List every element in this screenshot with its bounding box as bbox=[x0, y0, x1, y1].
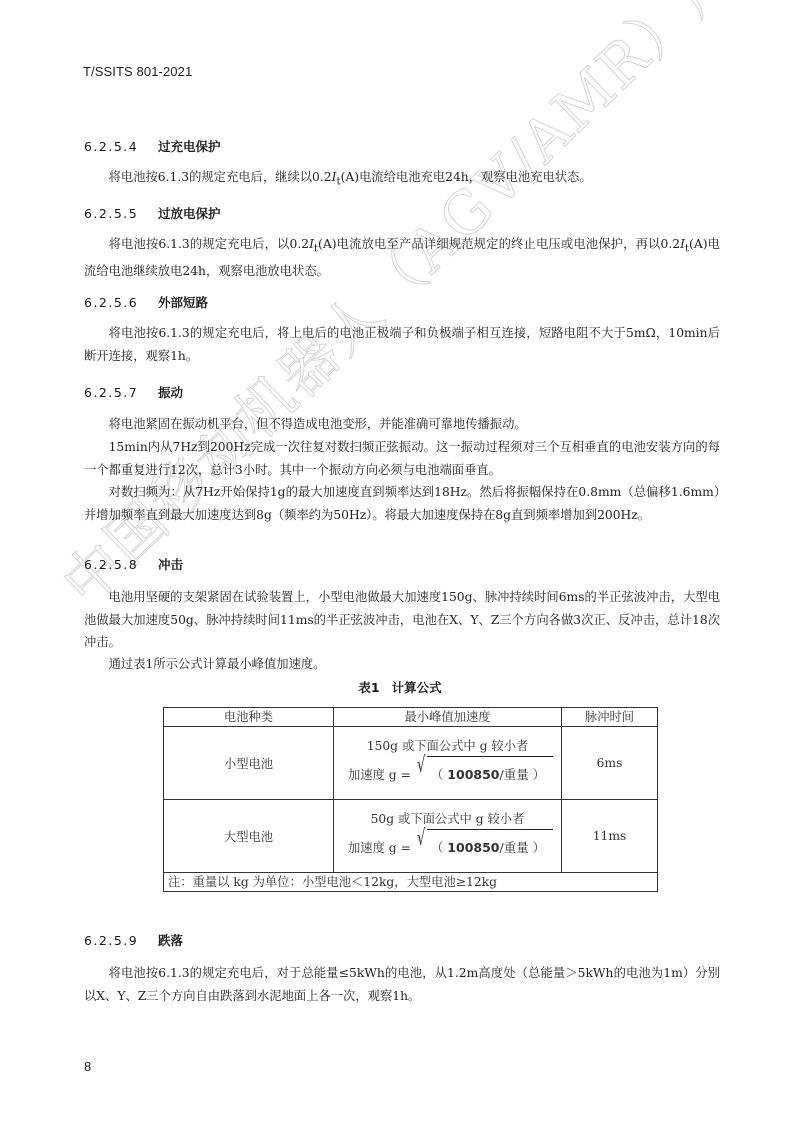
paragraph-shock-1: 电池用坚硬的支架紧固在试验装置上，小型电池做最大加速度150g、脉冲持续时间6m… bbox=[84, 586, 720, 654]
radicand-number: 100850 bbox=[447, 767, 499, 782]
section-number: 6.2.5.4 bbox=[84, 139, 158, 154]
paren: （ bbox=[431, 840, 447, 855]
section-heading-6-2-5-6: 6.2.5.6外部短路 bbox=[84, 293, 208, 311]
paragraph-vibration-1: 将电池紧固在振动机平台，但不得造成电池变形，并能准确可靠地传播振动。 bbox=[84, 413, 720, 436]
radical-bar bbox=[427, 829, 553, 830]
section-heading-6-2-5-5: 6.2.5.5过放电保护 bbox=[84, 204, 221, 222]
table-row: 小型电池 150g 或下面公式中 g 较小者 加速度 g = √ （ 10085… bbox=[164, 727, 658, 800]
battery-type-cell: 大型电池 bbox=[164, 800, 334, 873]
table-header-cell: 脉冲时间 bbox=[562, 708, 658, 727]
section-number: 6.2.5.5 bbox=[84, 206, 158, 221]
battery-type-cell: 小型电池 bbox=[164, 727, 334, 800]
section-heading-6-2-5-4: 6.2.5.4过充电保护 bbox=[84, 137, 221, 155]
section-heading-6-2-5-9: 6.2.5.9跌落 bbox=[84, 931, 183, 949]
table-header-row: 电池种类 最小峰值加速度 脉冲时间 bbox=[164, 708, 658, 727]
paragraph-vibration-2: 15min内从7Hz到200Hz完成一次往复对数扫频正弦振动。这一振动过程须对三… bbox=[84, 436, 720, 481]
pulse-time-cell: 6ms bbox=[562, 727, 658, 800]
text-run: 将电池按6.1.3的规定充电后，继续以0.2 bbox=[109, 170, 332, 184]
paragraph-shock-2: 通过表1所示公式计算最小峰值加速度。 bbox=[84, 653, 720, 676]
section-title: 跌落 bbox=[158, 933, 183, 948]
section-title: 冲击 bbox=[158, 557, 183, 572]
pulse-time-cell: 11ms bbox=[562, 800, 658, 873]
section-heading-6-2-5-8: 6.2.5.8冲击 bbox=[84, 555, 183, 573]
table-note-row: 注：重量以 kg 为单位：小型电池＜12kg，大型电池≥12kg bbox=[164, 873, 658, 892]
standard-code-header: T/SSITS 801-2021 bbox=[83, 64, 192, 79]
paragraph-short-circuit: 将电池按6.1.3的规定充电后，将上电后的电池正极端子和负极端子相互连接，短路电… bbox=[84, 322, 720, 367]
radicand: （ 100850/重量 ） bbox=[431, 767, 545, 782]
page-number: 8 bbox=[84, 1059, 91, 1074]
section-title: 外部短路 bbox=[158, 295, 208, 310]
radical-sign-icon: √ bbox=[417, 755, 425, 777]
table-caption: 表1计算公式 bbox=[0, 678, 800, 696]
section-title: 振动 bbox=[158, 385, 183, 400]
formula-prefix: 加速度 g = bbox=[348, 768, 411, 782]
radical-bar bbox=[427, 756, 553, 757]
section-number: 6.2.5.8 bbox=[84, 557, 158, 572]
section-number: 6.2.5.6 bbox=[84, 295, 158, 310]
section-number: 6.2.5.7 bbox=[84, 385, 158, 400]
text-run: (A)电流放电至产品详细规范规定的终止电压或电池保护，再以0.2 bbox=[318, 237, 680, 251]
acceleration-formula: 加速度 g = √ （ 100850/重量 ） bbox=[334, 838, 561, 856]
radicand-number: 100850 bbox=[447, 840, 499, 855]
document-page: 中国移动机器人（AGV/AMR）产业联盟 T/SSITS 801-2021 6.… bbox=[0, 0, 800, 1132]
section-title: 过充电保护 bbox=[158, 139, 221, 154]
table-header-cell: 最小峰值加速度 bbox=[334, 708, 562, 727]
section-heading-6-2-5-7: 6.2.5.7振动 bbox=[84, 383, 183, 401]
acceleration-condition: 150g 或下面公式中 g 较小者 bbox=[334, 737, 561, 755]
text-run: (A)电流给电池充电24h，观察电池充电状态。 bbox=[341, 170, 592, 184]
radical-sign-icon: √ bbox=[417, 828, 425, 850]
section-title: 过放电保护 bbox=[158, 206, 221, 221]
square-root: √ （ 100850/重量 ） bbox=[417, 765, 545, 783]
table-title: 计算公式 bbox=[392, 680, 442, 695]
paragraph-vibration-3: 对数扫频为：从7Hz开始保持1g的最大加速度直到频率达到18Hz。然后将振幅保持… bbox=[84, 481, 720, 526]
table-row: 大型电池 50g 或下面公式中 g 较小者 加速度 g = √ （ 100850… bbox=[164, 800, 658, 873]
table-header-cell: 电池种类 bbox=[164, 708, 334, 727]
section-number: 6.2.5.9 bbox=[84, 933, 158, 948]
square-root: √ （ 100850/重量 ） bbox=[417, 838, 545, 856]
radicand-rest: /重量 ） bbox=[499, 767, 545, 782]
radicand: （ 100850/重量 ） bbox=[431, 840, 545, 855]
acceleration-condition: 50g 或下面公式中 g 较小者 bbox=[334, 810, 561, 828]
text-run: 将电池按6.1.3的规定充电后，以0.2 bbox=[109, 237, 309, 251]
table-note: 注：重量以 kg 为单位：小型电池＜12kg，大型电池≥12kg bbox=[164, 873, 658, 892]
paragraph-overcharge: 将电池按6.1.3的规定充电后，继续以0.2It(A)电流给电池充电24h，观察… bbox=[84, 166, 720, 193]
acceleration-cell: 50g 或下面公式中 g 较小者 加速度 g = √ （ 100850/重量 ） bbox=[334, 800, 562, 873]
paren: （ bbox=[431, 767, 447, 782]
paragraph-drop: 将电池按6.1.3的规定充电后，对于总能量≤5kWh的电池，从1.2m高度处（总… bbox=[84, 962, 720, 1007]
radicand-rest: /重量 ） bbox=[499, 840, 545, 855]
acceleration-cell: 150g 或下面公式中 g 较小者 加速度 g = √ （ 100850/重量 … bbox=[334, 727, 562, 800]
paragraph-overdischarge: 将电池按6.1.3的规定充电后，以0.2It(A)电流放电至产品详细规范规定的终… bbox=[84, 233, 720, 282]
formula-table: 电池种类 最小峰值加速度 脉冲时间 小型电池 150g 或下面公式中 g 较小者… bbox=[163, 707, 658, 892]
formula-prefix: 加速度 g = bbox=[348, 841, 411, 855]
acceleration-formula: 加速度 g = √ （ 100850/重量 ） bbox=[334, 765, 561, 783]
table-label: 表1 bbox=[358, 680, 379, 695]
